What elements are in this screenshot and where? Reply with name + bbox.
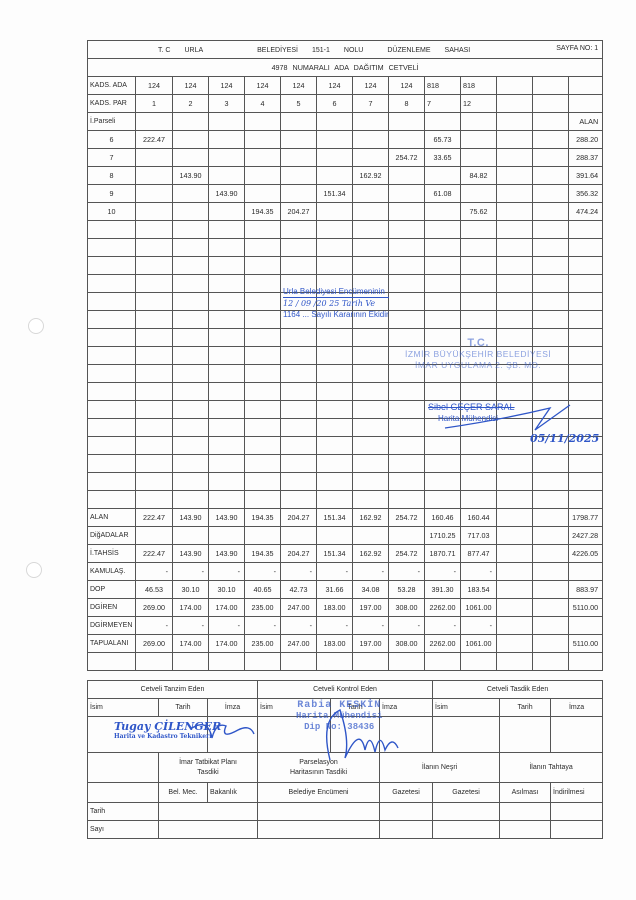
cell [209, 527, 245, 545]
cell [317, 167, 353, 185]
cell: 143.90 [173, 545, 209, 563]
header-row: T. CURLABELEDİYESİ151-1NOLUDÜZENLEMESAHA… [88, 41, 603, 59]
cell [389, 167, 425, 185]
cell [389, 527, 425, 545]
cell: 818 [425, 77, 461, 95]
cell: 8 [389, 95, 425, 113]
cell: 877.47 [461, 545, 497, 563]
cell [497, 185, 533, 203]
cell: 7 [425, 95, 461, 113]
cell [136, 185, 173, 203]
summary-row: TAPUALANI269.00174.00174.00235.00247.001… [88, 635, 603, 653]
cell: 151.34 [317, 545, 353, 563]
cell: - [209, 617, 245, 635]
parcel-alan: 391.64 [569, 167, 603, 185]
cell [425, 203, 461, 221]
cell [245, 167, 281, 185]
cell: 174.00 [173, 599, 209, 617]
cell: 124 [136, 77, 173, 95]
cell [317, 131, 353, 149]
cell: - [425, 617, 461, 635]
tarih-row-label: Tarih [88, 803, 159, 821]
cell: - [173, 617, 209, 635]
cell: 1710.25 [425, 527, 461, 545]
cell [281, 167, 317, 185]
cell [533, 581, 569, 599]
summary-label: KAMULAŞ. [88, 563, 136, 581]
ibb-stamp: T.C. İZMİR BÜYÜKŞEHİR BELEDİYESİ İMAR UY… [405, 338, 551, 371]
ilan-tahtaya-header: İlanın Tahtaya [500, 753, 603, 783]
parcel-row: 10194.35204.2775.62474.24 [88, 203, 603, 221]
cell: 247.00 [281, 635, 317, 653]
parcel-row: 8143.90162.9284.82391.64 [88, 167, 603, 185]
header-word: BELEDİYESİ [257, 47, 298, 54]
summary-total: 4226.05 [569, 545, 603, 563]
summary-row: DOP46.5330.1030.1040.6542.7331.6634.0853… [88, 581, 603, 599]
cell [533, 77, 569, 95]
cell: - [245, 563, 281, 581]
cell: 124 [389, 77, 425, 95]
cell: 162.92 [353, 167, 389, 185]
cell [497, 635, 533, 653]
cell: 84.82 [461, 167, 497, 185]
tanzim-eden-header: Cetveli Tanzim Eden [88, 681, 258, 699]
cell: 124 [353, 77, 389, 95]
summary-total [569, 617, 603, 635]
cell: 174.00 [173, 635, 209, 653]
cell: 269.00 [136, 599, 173, 617]
cell [533, 599, 569, 617]
cell [533, 563, 569, 581]
summary-total: 2427.28 [569, 527, 603, 545]
cell [173, 527, 209, 545]
approval-blank [88, 753, 159, 783]
empty-row [88, 383, 603, 401]
empty-row [88, 653, 603, 671]
cell: 818 [461, 77, 497, 95]
summary-label: DGİREN [88, 599, 136, 617]
cell: 247.00 [281, 599, 317, 617]
summary-total: 5110.00 [569, 599, 603, 617]
kads-ada-row: KADS. ADA124124124124124124124124818818 [88, 77, 603, 95]
cell: 160.44 [461, 509, 497, 527]
cell: 183.54 [461, 581, 497, 599]
punch-hole-top [28, 318, 44, 334]
cell [533, 635, 569, 653]
cell [533, 95, 569, 113]
cell: 34.08 [353, 581, 389, 599]
tanzim-imza-label: İmza [208, 699, 258, 717]
cell: 2 [173, 95, 209, 113]
gazetesi-label-1: Gazetesi [380, 783, 433, 803]
cell [136, 203, 173, 221]
summary-row: DGİRMEYEN---------- [88, 617, 603, 635]
cell [173, 203, 209, 221]
summary-row: İ.TAHSİS222.47143.90143.90194.35204.2715… [88, 545, 603, 563]
cell [497, 131, 533, 149]
cell: 162.92 [353, 545, 389, 563]
belediye-encumeni-label: Belediye Encümeni [258, 783, 380, 803]
approval-blank-2 [88, 783, 159, 803]
cell [461, 131, 497, 149]
cell: 235.00 [245, 599, 281, 617]
cell: 124 [209, 77, 245, 95]
cell: - [353, 617, 389, 635]
cell [389, 203, 425, 221]
cell: 1061.00 [461, 599, 497, 617]
cell: 222.47 [136, 509, 173, 527]
cell: - [461, 563, 497, 581]
document-title: 4978 NUMARALI ADA DAĞITIM CETVELİ [88, 59, 603, 77]
cell [497, 77, 533, 95]
cell [245, 527, 281, 545]
cell: 183.00 [317, 599, 353, 617]
cell: 65.73 [425, 131, 461, 149]
cell [497, 527, 533, 545]
cell [533, 131, 569, 149]
cell: 204.27 [281, 203, 317, 221]
tanzim-tarih-label: Tarih [159, 699, 208, 717]
parcel-row: 6222.4765.73288.20 [88, 131, 603, 149]
cell: 1061.00 [461, 635, 497, 653]
parcel-number: 10 [88, 203, 136, 221]
cell: 235.00 [245, 635, 281, 653]
summary-total: 5110.00 [569, 635, 603, 653]
summary-label: İ.TAHSİS [88, 545, 136, 563]
kontrol-eden-header: Cetveli Kontrol Eden [258, 681, 433, 699]
cell [569, 77, 603, 95]
cell: - [173, 563, 209, 581]
bakanlik-label: Bakanlık [208, 783, 258, 803]
cell: - [353, 563, 389, 581]
cell: 143.90 [209, 509, 245, 527]
row-label: KADS. PAR [88, 95, 136, 113]
cell: 222.47 [136, 545, 173, 563]
cell [245, 131, 281, 149]
cell [533, 185, 569, 203]
cell: 174.00 [209, 635, 245, 653]
empty-row [88, 221, 603, 239]
cell [533, 167, 569, 185]
cell: 124 [281, 77, 317, 95]
cell [136, 167, 173, 185]
gazetesi-label-2: Gazetesi [433, 783, 500, 803]
cell: 7 [353, 95, 389, 113]
empty-row [88, 491, 603, 509]
cell: - [389, 563, 425, 581]
header-word: NOLU [344, 47, 363, 54]
tasdik-isim-label: İsim [433, 699, 500, 717]
cell: 197.00 [353, 599, 389, 617]
cell [173, 149, 209, 167]
tasdik-tarih-cell [500, 717, 551, 753]
bel-mec-label: Bel. Mec. [159, 783, 208, 803]
parcel-row: 9143.90151.3461.08356.32 [88, 185, 603, 203]
cell: 194.35 [245, 545, 281, 563]
empty-row [88, 455, 603, 473]
cell: 143.90 [173, 167, 209, 185]
cell [209, 167, 245, 185]
cell [497, 545, 533, 563]
tasdik-imza-label: İmza [551, 699, 603, 717]
cell [389, 131, 425, 149]
cell: - [317, 563, 353, 581]
summary-total: 883.97 [569, 581, 603, 599]
cell: - [245, 617, 281, 635]
cell [533, 509, 569, 527]
cell [353, 203, 389, 221]
alan-header: ALAN [569, 113, 603, 131]
empty-row [88, 473, 603, 491]
empty-row [88, 257, 603, 275]
parselasyon-sub: Haritasının Tasdiki [260, 768, 377, 778]
cell: 75.62 [461, 203, 497, 221]
summary-label: ALAN [88, 509, 136, 527]
cell [497, 95, 533, 113]
cell: 46.53 [136, 581, 173, 599]
cell: 61.08 [425, 185, 461, 203]
cell: 308.00 [389, 635, 425, 653]
empty-row [88, 239, 603, 257]
parcel-alan: 288.37 [569, 149, 603, 167]
cell [281, 527, 317, 545]
cell [136, 527, 173, 545]
cell: 124 [173, 77, 209, 95]
indirilmesi-label: İndirilmesi [551, 783, 603, 803]
header-word: URLA [184, 47, 203, 54]
cell: - [425, 563, 461, 581]
cell [569, 95, 603, 113]
cell [317, 527, 353, 545]
cell: - [317, 617, 353, 635]
parcel-alan: 356.32 [569, 185, 603, 203]
imar-plan-label: İmar Tatbikat Planı [161, 758, 255, 768]
cell: 254.72 [389, 509, 425, 527]
cell: 197.00 [353, 635, 389, 653]
cell: - [136, 617, 173, 635]
summary-label: DGİRMEYEN [88, 617, 136, 635]
cell [533, 149, 569, 167]
cell: 2262.00 [425, 599, 461, 617]
tanzim-isim-label: İsim [88, 699, 159, 717]
row-label: KADS. ADA [88, 77, 136, 95]
cell: 269.00 [136, 635, 173, 653]
cell [533, 527, 569, 545]
cell [136, 149, 173, 167]
cell: 124 [245, 77, 281, 95]
cell: 222.47 [136, 131, 173, 149]
cell [317, 203, 353, 221]
cell: - [136, 563, 173, 581]
cell [425, 167, 461, 185]
cell: 143.90 [209, 545, 245, 563]
cell: 143.90 [173, 509, 209, 527]
header-word: 151-1 [312, 47, 330, 54]
header-word: DÜZENLEME [387, 47, 430, 54]
cell: 151.34 [317, 185, 353, 203]
cell: 5 [281, 95, 317, 113]
summary-row: DGİREN269.00174.00174.00235.00247.00183.… [88, 599, 603, 617]
header-title-cell: T. CURLABELEDİYESİ151-1NOLUDÜZENLEMESAHA… [88, 41, 603, 59]
cell: 1870.71 [425, 545, 461, 563]
cell [389, 185, 425, 203]
asilmasi-label: Asılması [500, 783, 551, 803]
cell: 40.65 [245, 581, 281, 599]
signature-tanzim-icon [190, 716, 260, 746]
cell [209, 131, 245, 149]
page-number: SAYFA NO: 1 [556, 45, 598, 52]
cell: 194.35 [245, 203, 281, 221]
cell: 308.00 [389, 599, 425, 617]
cell [353, 527, 389, 545]
cell: - [281, 617, 317, 635]
cell [497, 509, 533, 527]
cell: 151.34 [317, 509, 353, 527]
cell [353, 131, 389, 149]
cell [173, 185, 209, 203]
parcel-alan: 288.20 [569, 131, 603, 149]
sayi-row-label: Sayı [88, 821, 159, 839]
cell [497, 167, 533, 185]
summary-label: TAPUALANI [88, 635, 136, 653]
cell: 12 [461, 95, 497, 113]
cell: 174.00 [209, 599, 245, 617]
cell [245, 149, 281, 167]
header-word: SAHASI [445, 47, 471, 54]
cell: 160.46 [425, 509, 461, 527]
encumen-approval-stamp: Urla Belediyesi Encümeninin 12 / 09 /20 … [283, 286, 389, 320]
parcel-number: 7 [88, 149, 136, 167]
cell [317, 149, 353, 167]
cell [353, 149, 389, 167]
cell: - [389, 617, 425, 635]
engineer-date: 05/11/2025 [530, 432, 599, 445]
cell [533, 203, 569, 221]
header-word: T. C [158, 47, 170, 54]
cell: 717.03 [461, 527, 497, 545]
parcel-number: 6 [88, 131, 136, 149]
summary-total: 1798.77 [569, 509, 603, 527]
summary-label: DiğADALAR [88, 527, 136, 545]
cell: 42.73 [281, 581, 317, 599]
cell: 204.27 [281, 509, 317, 527]
cell: - [209, 563, 245, 581]
cell: 30.10 [173, 581, 209, 599]
cell: 194.35 [245, 509, 281, 527]
cell: 254.72 [389, 149, 425, 167]
cell: 1 [136, 95, 173, 113]
summary-total [569, 563, 603, 581]
cell: - [461, 617, 497, 635]
cell [281, 149, 317, 167]
iparsel-header-row: İ.ParseliALAN [88, 113, 603, 131]
iparsel-label: İ.Parseli [88, 113, 136, 131]
title-row: 4978 NUMARALI ADA DAĞITIM CETVELİ [88, 59, 603, 77]
cell: 2262.00 [425, 635, 461, 653]
cell: 3 [209, 95, 245, 113]
cell: 4 [245, 95, 281, 113]
punch-hole-bottom [26, 562, 42, 578]
tasdik-imza-cell [551, 717, 603, 753]
cell [209, 149, 245, 167]
cell: 31.66 [317, 581, 353, 599]
cell: - [281, 563, 317, 581]
tasdik-isim-cell [433, 717, 500, 753]
cell: 143.90 [209, 185, 245, 203]
cell [497, 599, 533, 617]
cell [353, 185, 389, 203]
cell [461, 149, 497, 167]
cell: 6 [317, 95, 353, 113]
cell [497, 563, 533, 581]
parcel-number: 9 [88, 185, 136, 203]
cell: 183.00 [317, 635, 353, 653]
summary-label: DOP [88, 581, 136, 599]
cell: 254.72 [389, 545, 425, 563]
summary-row: ALAN222.47143.90143.90194.35204.27151.34… [88, 509, 603, 527]
cell [281, 185, 317, 203]
cell [245, 185, 281, 203]
cell: 30.10 [209, 581, 245, 599]
cell: 53.28 [389, 581, 425, 599]
cell: 391.30 [425, 581, 461, 599]
cell [497, 149, 533, 167]
document-page: T. CURLABELEDİYESİ151-1NOLUDÜZENLEMESAHA… [0, 0, 636, 900]
tasdik-eden-header: Cetveli Tasdik Eden [433, 681, 603, 699]
parcel-alan: 474.24 [569, 203, 603, 221]
parcel-row: 7254.7233.65288.37 [88, 149, 603, 167]
kads-par-row: KADS. PAR12345678712 [88, 95, 603, 113]
cell: 162.92 [353, 509, 389, 527]
cell [461, 185, 497, 203]
cell [497, 581, 533, 599]
cell [533, 617, 569, 635]
cell [281, 131, 317, 149]
cell: 33.65 [425, 149, 461, 167]
cell [209, 203, 245, 221]
signature-kontrol-icon [320, 700, 410, 765]
cell [497, 203, 533, 221]
cell [173, 131, 209, 149]
parcel-number: 8 [88, 167, 136, 185]
summary-row: DiğADALAR1710.25717.032427.28 [88, 527, 603, 545]
imar-plan-sub: Tasdiki [161, 768, 255, 778]
cell [533, 545, 569, 563]
tasdik-tarih-label: Tarih [500, 699, 551, 717]
cell [497, 617, 533, 635]
imar-plan-header: İmar Tatbikat Planı Tasdiki [159, 753, 258, 783]
summary-row: KAMULAŞ.---------- [88, 563, 603, 581]
cell: 204.27 [281, 545, 317, 563]
cell: 124 [317, 77, 353, 95]
